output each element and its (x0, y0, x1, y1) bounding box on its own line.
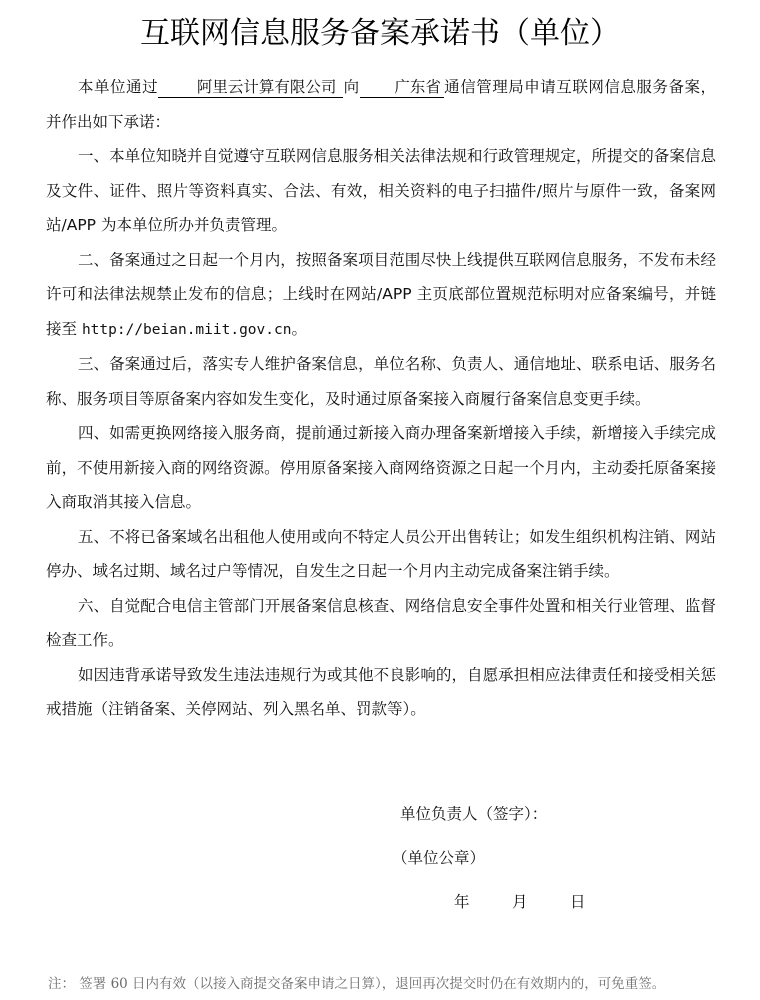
access-provider-field: 阿里云计算有限公司 (158, 77, 343, 98)
clause-2-end: 。 (291, 320, 307, 338)
clause-4: 四、如需更换网络接入服务商，提前通过新接入商办理备案新增接入手续，新增接入手续完… (46, 416, 716, 520)
document-body: 本单位通过阿里云计算有限公司向广东省通信管理局申请互联网信息服务备案，并作出如下… (46, 70, 716, 727)
clause-1: 一、本单位知晓并自觉遵守互联网信息服务相关法律法规和行政管理规定，所提交的备案信… (46, 139, 716, 243)
date-year: 年 (454, 888, 512, 916)
seal-label: （单位公章） (392, 844, 485, 872)
date-day: 日 (570, 888, 586, 916)
liability-paragraph: 如因违背承诺导致发生违法违规行为或其他不良影响的，自愿承担相应法律责任和接受相关… (46, 658, 716, 727)
date-line: 年月日 (454, 888, 586, 916)
commitment-letter-page: 互联网信息服务备案承诺书（单位） 本单位通过阿里云计算有限公司向广东省通信管理局… (0, 0, 760, 1000)
document-title: 互联网信息服务备案承诺书（单位） (0, 14, 760, 54)
clause-2: 二、备案通过之日起一个月内，按照备案项目范围尽快上线提供互联网信息服务，不发布未… (46, 243, 716, 348)
clause-5: 五、不将已备案域名出租他人使用或向不特定人员公开出售转让；如发生组织机构注销、网… (46, 520, 716, 589)
intro-middle: 向 (343, 78, 360, 96)
intro-prefix: 本单位通过 (78, 78, 158, 96)
date-month: 月 (512, 888, 570, 916)
beian-link[interactable]: http://beian.miit.gov.cn (82, 322, 292, 338)
intro-paragraph: 本单位通过阿里云计算有限公司向广东省通信管理局申请互联网信息服务备案，并作出如下… (46, 70, 716, 139)
signer-label: 单位负责人（签字）： (400, 800, 547, 828)
clause-3: 三、备案通过后，落实专人维护备案信息，单位名称、负责人、通信地址、联系电话、服务… (46, 347, 716, 416)
clause-6: 六、自觉配合电信主管部门开展备案信息核查、网络信息安全事件处置和相关行业管理、监… (46, 589, 716, 658)
footnote: 注： 签署 60 日内有效（以接入商提交备案申请之日算），退回再次提交时仍在有效… (48, 972, 665, 992)
province-field: 广东省 (360, 77, 444, 98)
